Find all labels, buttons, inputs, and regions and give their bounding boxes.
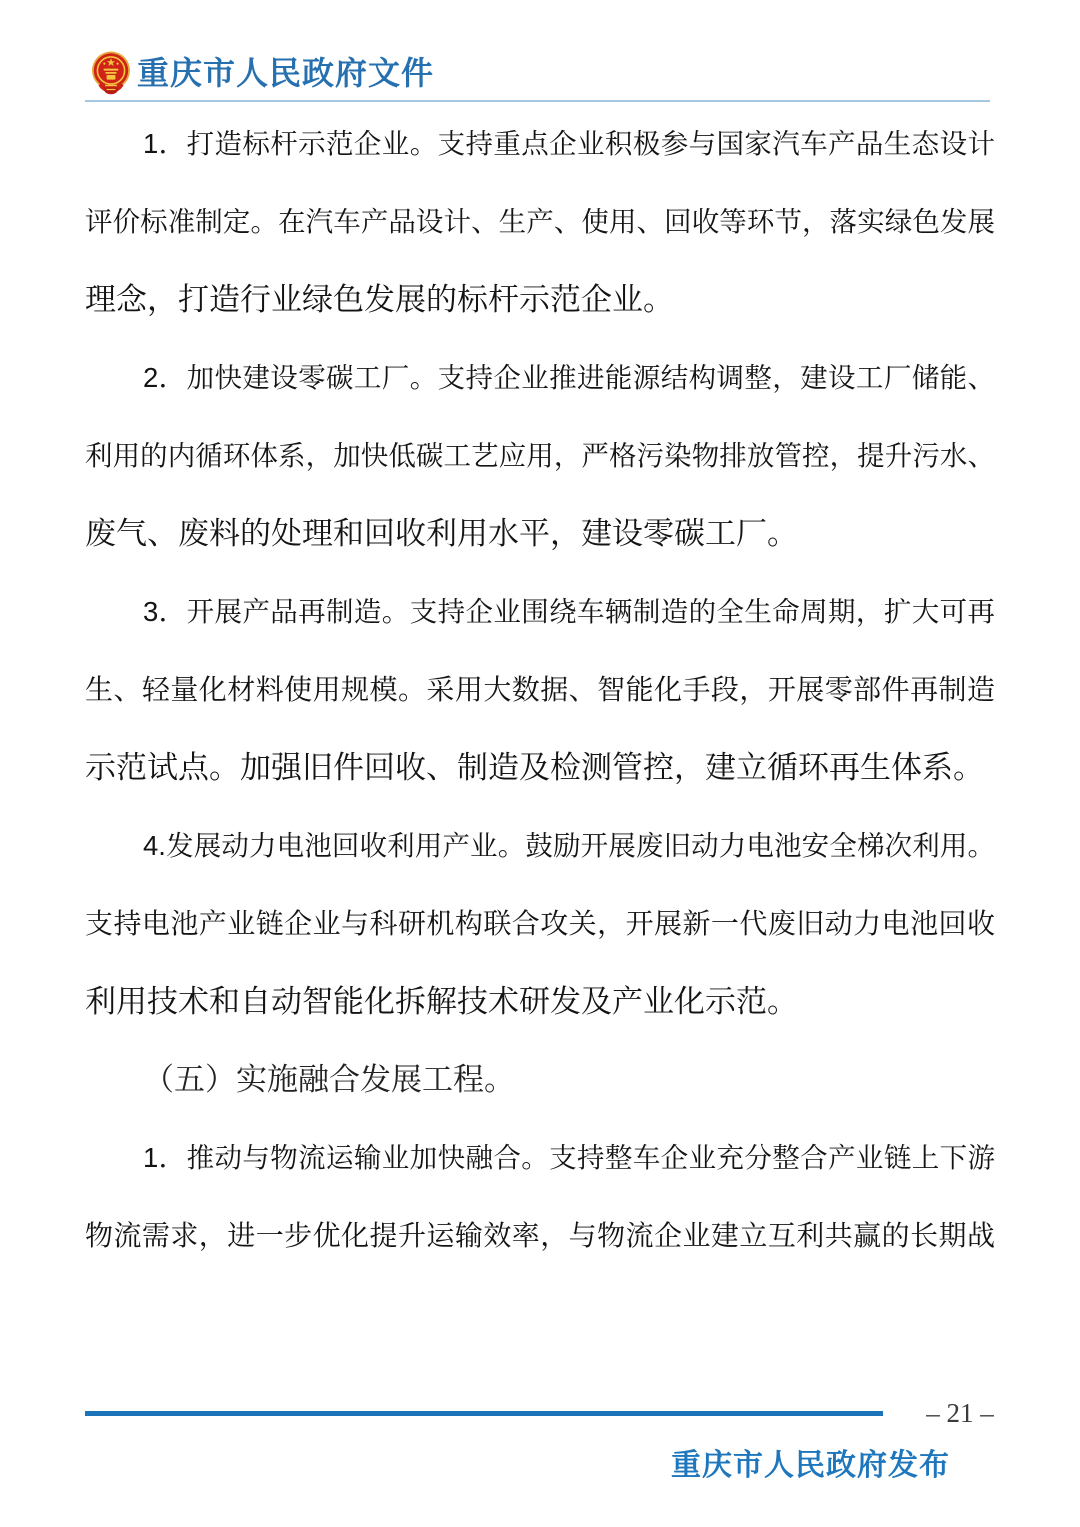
- paragraph-2-line-3: 废气、废料的处理和回收利用水平，建设零碳工厂。: [85, 495, 995, 573]
- paragraph-1-line-2: 评价标准制定。在汽车产品设计、生产、使用、回收等环节，落实绿色发展: [85, 183, 995, 261]
- page-number: – 21 –: [915, 1398, 1005, 1429]
- document-page: 重庆市人民政府文件 1．打造标杆示范企业。支持重点企业积极参与国家汽车产品生态设…: [0, 0, 1080, 1527]
- section-5-heading: （五）实施融合发展工程。: [85, 1041, 995, 1119]
- publisher-line: 重庆市人民政府发布: [671, 1440, 950, 1484]
- paragraph-2-line-2: 利用的内循环体系，加快低碳工艺应用，严格污染物排放管控，提升污水、: [85, 417, 995, 495]
- paragraph-4-line-1: 4.发展动力电池回收利用产业。鼓励开展废旧动力电池安全梯次利用。: [85, 807, 995, 885]
- paragraph-3-line-2: 生、轻量化材料使用规模。采用大数据、智能化手段，开展零部件再制造: [85, 651, 995, 729]
- header-divider: [85, 100, 990, 102]
- paragraph-5-line-1: 1．推动与物流运输业加快融合。支持整车企业充分整合产业链上下游: [85, 1119, 995, 1197]
- paragraph-5-line-2: 物流需求，进一步优化提升运输效率，与物流企业建立互利共赢的长期战: [85, 1197, 995, 1275]
- document-header-title: 重庆市人民政府文件: [137, 53, 434, 93]
- document-body: 1．打造标杆示范企业。支持重点企业积极参与国家汽车产品生态设计 评价标准制定。在…: [85, 105, 995, 1275]
- footer-divider: [85, 1411, 883, 1416]
- paragraph-2-line-1: 2．加快建设零碳工厂。支持企业推进能源结构调整，建设工厂储能、: [85, 339, 995, 417]
- paragraph-4-line-3: 利用技术和自动智能化拆解技术研发及产业化示范。: [85, 963, 995, 1041]
- paragraph-3-line-3: 示范试点。加强旧件回收、制造及检测管控，建立循环再生体系。: [85, 729, 995, 807]
- paragraph-4-line-2: 支持电池产业链企业与科研机构联合攻关，开展新一代废旧动力电池回收: [85, 885, 995, 963]
- paragraph-1-line-1: 1．打造标杆示范企业。支持重点企业积极参与国家汽车产品生态设计: [85, 105, 995, 183]
- china-national-emblem-icon: [91, 51, 131, 97]
- paragraph-3-line-1: 3．开展产品再制造。支持企业围绕车辆制造的全生命周期，扩大可再: [85, 573, 995, 651]
- paragraph-1-line-3: 理念，打造行业绿色发展的标杆示范企业。: [85, 261, 995, 339]
